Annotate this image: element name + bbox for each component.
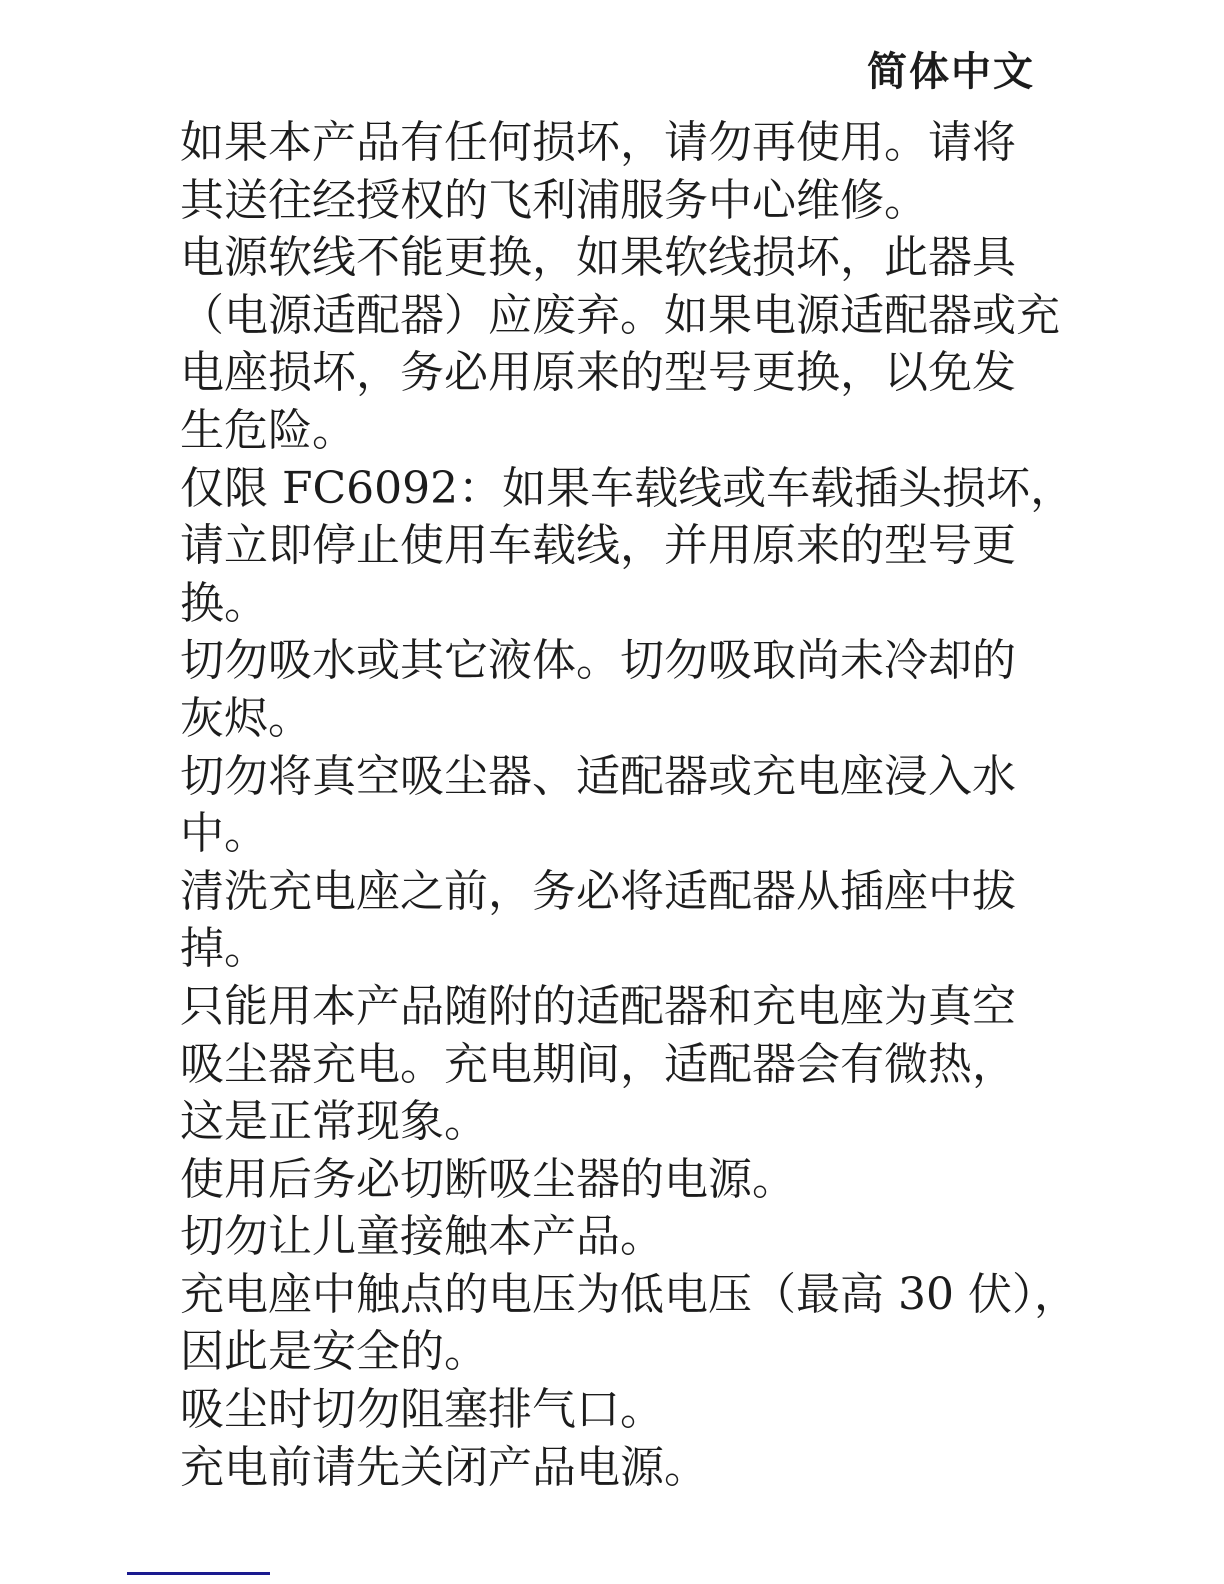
text-line: 只能用本产品随附的适配器和充电座为真空 bbox=[180, 978, 1080, 1036]
footer-divider bbox=[127, 1572, 270, 1575]
text-line: 切勿将真空吸尘器、适配器或充电座浸入水 bbox=[180, 748, 1080, 806]
body-text: 如果本产品有任何损坏，请勿再使用。请将其送往经授权的飞利浦服务中心维修。电源软线… bbox=[180, 114, 1080, 1496]
text-line: 充电前请先关闭产品电源。 bbox=[180, 1439, 1080, 1497]
text-line: 如果本产品有任何损坏，请勿再使用。请将 bbox=[180, 114, 1080, 172]
text-line: 生危险。 bbox=[180, 402, 1080, 460]
text-line: 中。 bbox=[180, 805, 1080, 863]
page-header: 简体中文 bbox=[0, 40, 1035, 97]
document-page: 简体中文 如果本产品有任何损坏，请勿再使用。请将其送往经授权的飞利浦服务中心维修… bbox=[0, 0, 1224, 1584]
text-line: 清洗充电座之前，务必将适配器从插座中拔 bbox=[180, 863, 1080, 921]
language-label: 简体中文 bbox=[867, 48, 1035, 95]
text-line: 灰烬。 bbox=[180, 690, 1080, 748]
text-line: 请立即停止使用车载线，并用原来的型号更 bbox=[180, 517, 1080, 575]
text-line: （电源适配器）应废弃。如果电源适配器或充 bbox=[180, 287, 1080, 345]
text-line: 电源软线不能更换，如果软线损坏，此器具 bbox=[180, 229, 1080, 287]
text-line: 充电座中触点的电压为低电压（最高 30 伏）， bbox=[180, 1266, 1080, 1324]
text-line: 吸尘器充电。充电期间，适配器会有微热， bbox=[180, 1036, 1080, 1094]
text-line: 切勿吸水或其它液体。切勿吸取尚未冷却的 bbox=[180, 632, 1080, 690]
text-line: 切勿让儿童接触本产品。 bbox=[180, 1208, 1080, 1266]
text-line: 换。 bbox=[180, 575, 1080, 633]
text-line: 因此是安全的。 bbox=[180, 1323, 1080, 1381]
text-line: 吸尘时切勿阻塞排气口。 bbox=[180, 1381, 1080, 1439]
text-line: 电座损坏，务必用原来的型号更换，以免发 bbox=[180, 344, 1080, 402]
text-line: 使用后务必切断吸尘器的电源。 bbox=[180, 1151, 1080, 1209]
text-line: 其送往经授权的飞利浦服务中心维修。 bbox=[180, 172, 1080, 230]
text-line: 仅限 FC6092：如果车载线或车载插头损坏， bbox=[180, 460, 1080, 518]
text-line: 这是正常现象。 bbox=[180, 1093, 1080, 1151]
text-line: 掉。 bbox=[180, 920, 1080, 978]
